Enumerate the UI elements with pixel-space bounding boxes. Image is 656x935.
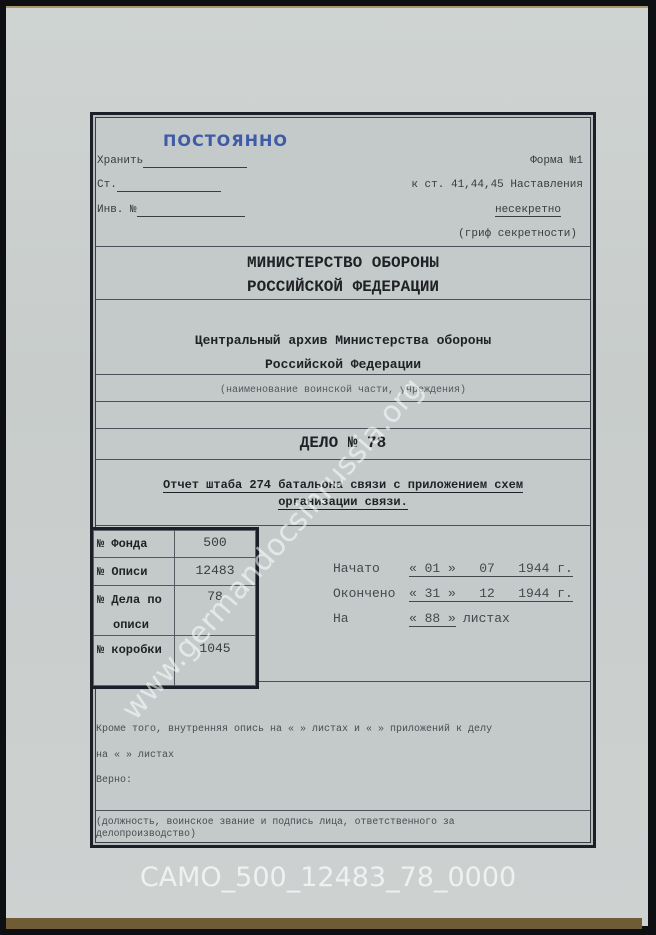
- st-field: Ст.: [97, 179, 221, 192]
- started-value: « 01 » 07 1944 г.: [409, 561, 573, 577]
- divider: [259, 681, 590, 682]
- delo-label-line2: описи: [113, 618, 149, 632]
- folder-edge: [6, 918, 642, 929]
- articles-ref: к ст. 41,44,45 Наставления: [411, 179, 583, 191]
- st-blank: [117, 179, 221, 192]
- case-title-text2: организации связи.: [278, 495, 408, 510]
- case-cover-form: ПОСТОЯННО Хранить Ст. Инв. № Форма №1 к …: [90, 112, 596, 848]
- keep-field: Хранить: [97, 155, 247, 168]
- divider: [96, 459, 590, 460]
- file-id-label: CAMO_500_12483_78_0000: [0, 862, 656, 893]
- archive-line2: Российской Федерации: [93, 357, 593, 372]
- secrecy-text: несекретно: [495, 204, 561, 217]
- sheets-value: « 88 »: [409, 611, 456, 627]
- archive-line1: Центральный архив Министерства обороны: [93, 333, 593, 348]
- archive-id-table: № Фонда 500 № Описи 12483 № Дела по опис…: [93, 527, 259, 689]
- inv-blank: [137, 204, 245, 217]
- st-label: Ст.: [97, 179, 117, 191]
- keep-blank: [143, 155, 247, 168]
- case-title-line2: организации связи.: [93, 493, 593, 511]
- unit-name-caption: (наименование воинской части, учреждения…: [93, 385, 593, 396]
- ministry-line2: РОССИЙСКОЙ ФЕДЕРАЦИИ: [93, 278, 593, 296]
- divider: [96, 810, 590, 811]
- table-row: № Описи 12483: [93, 557, 256, 558]
- ended-value: « 31 » 12 1944 г.: [409, 586, 573, 602]
- divider: [96, 428, 590, 429]
- ended-label: Окончено: [333, 586, 395, 601]
- inventory-note-line2: на « » листах: [96, 750, 174, 761]
- inv-label: Инв. №: [97, 204, 137, 216]
- divider: [96, 525, 590, 526]
- secrecy-caption: (гриф секретности): [458, 228, 577, 240]
- divider: [96, 299, 590, 300]
- divider: [96, 246, 590, 247]
- inv-field: Инв. №: [97, 204, 245, 217]
- delo-value: 78: [175, 589, 255, 604]
- box-value: 1045: [175, 641, 255, 656]
- document-page: ПОСТОЯННО Хранить Ст. Инв. № Форма №1 к …: [6, 6, 648, 926]
- delo-label: № Дела по: [97, 593, 162, 607]
- fond-label: № Фонда: [97, 537, 147, 551]
- sheets-suffix: листах: [463, 611, 510, 626]
- storage-stamp: ПОСТОЯННО: [163, 131, 288, 150]
- table-row: № Дела по описи 78: [93, 585, 256, 586]
- case-title-line1: Отчет штаба 274 батальона связи с прилож…: [93, 476, 593, 494]
- ministry-line1: МИНИСТЕРСТВО ОБОРОНЫ: [93, 254, 593, 272]
- divider: [96, 374, 590, 375]
- table-row: № коробки 1045: [93, 635, 256, 636]
- sheets-label: На: [333, 611, 349, 626]
- case-title-text1: Отчет штаба 274 батальона связи с прилож…: [163, 478, 523, 493]
- signature-caption: (должность, воинское звание и подпись ли…: [96, 816, 455, 827]
- box-label: № коробки: [97, 643, 162, 657]
- inventory-note: Кроме того, внутренняя опись на « » лист…: [96, 724, 492, 735]
- keep-label: Хранить: [97, 155, 143, 167]
- opis-label: № Описи: [97, 565, 147, 579]
- secrecy-value: несекретно: [495, 204, 561, 217]
- divider: [96, 401, 590, 402]
- signature-caption-line2: делопроизводство): [96, 828, 196, 839]
- opis-value: 12483: [175, 563, 255, 578]
- started-label: Начато: [333, 561, 380, 576]
- form-number: Форма №1: [530, 155, 583, 167]
- fond-value: 500: [175, 535, 255, 550]
- verified-label: Верно:: [96, 775, 132, 786]
- table-column-divider: [174, 530, 175, 686]
- case-number: ДЕЛО № 78: [93, 434, 593, 452]
